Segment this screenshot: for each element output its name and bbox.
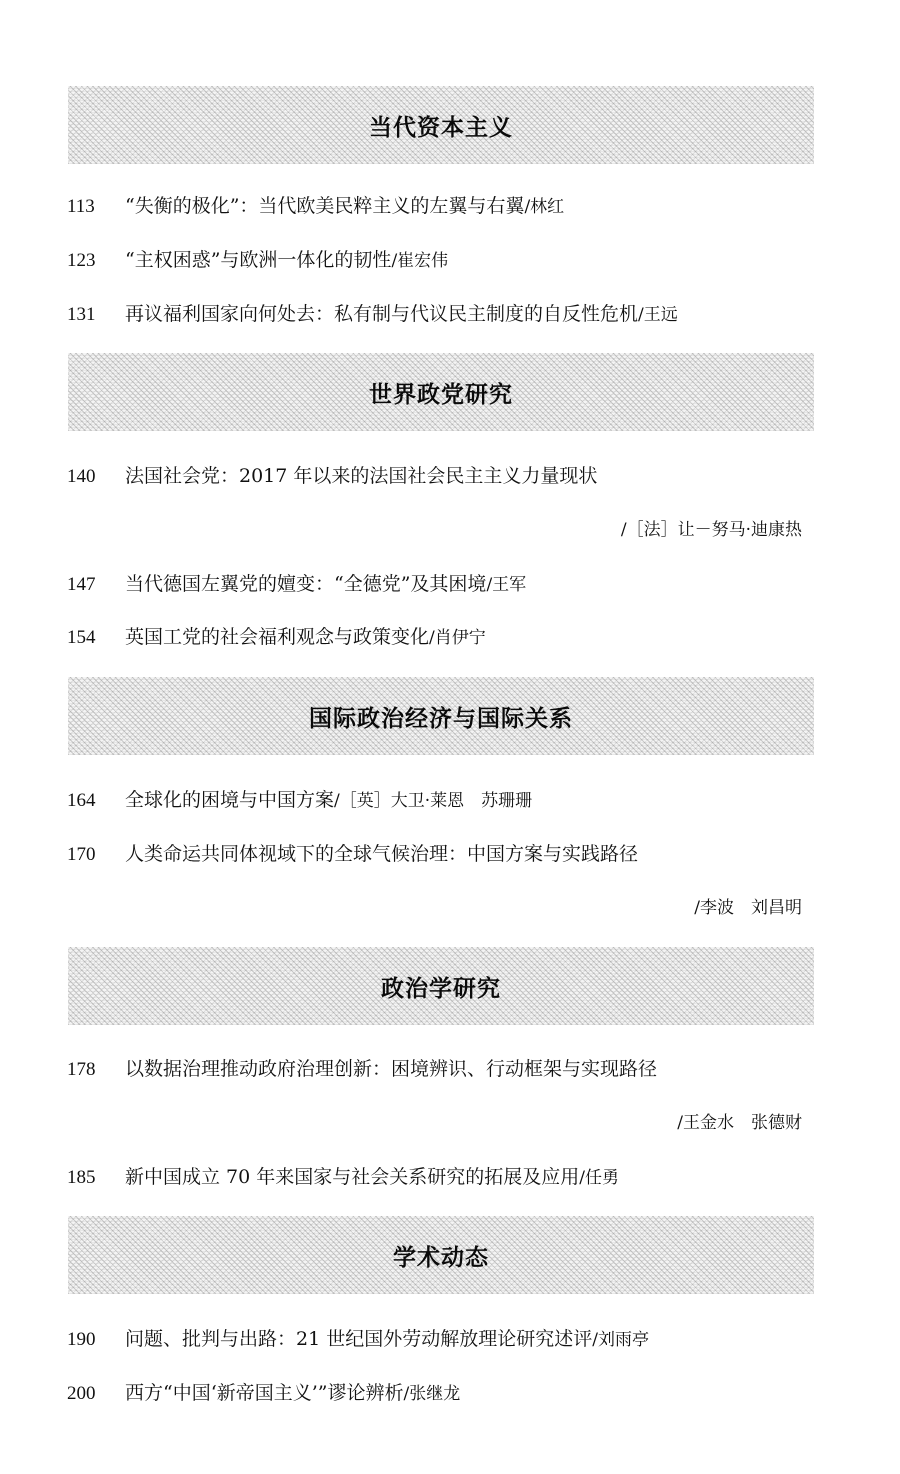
page-number: 190 — [67, 1329, 125, 1351]
section-header-academic-news: 学术动态 — [68, 1216, 814, 1294]
article-author: /张继龙 — [404, 1379, 461, 1404]
article-title: 当代德国左翼党的嬗变：“全德党”及其困境 — [125, 569, 486, 596]
article-title: 英国工党的社会福利观念与政策变化 — [125, 622, 429, 649]
table-of-contents-page: 当代资本主义 113 “失衡的极化”：当代欧美民粹主义的左翼与右翼 /林红 12… — [0, 0, 900, 1474]
article-author: /王远 — [638, 300, 678, 325]
toc-entry[interactable]: 164 全球化的困境与中国方案 /［英］大卫·莱恩 苏珊珊 — [67, 785, 532, 813]
article-title: 西方“中国‘新帝国主义’”谬论辨析 — [125, 1378, 404, 1405]
article-title: 全球化的困境与中国方案 — [125, 785, 334, 812]
toc-entry[interactable]: 131 再议福利国家向何处去：私有制与代议民主制度的自反性危机 /王远 — [67, 299, 678, 327]
section-title: 学术动态 — [393, 1239, 489, 1272]
article-author: /李波 刘昌明 — [694, 893, 802, 921]
toc-entry[interactable]: 147 当代德国左翼党的嬗变：“全德党”及其困境 /王军 — [67, 569, 526, 597]
section-header-world-party-studies: 世界政党研究 — [68, 353, 814, 431]
article-title: 法国社会党：2017 年以来的法国社会民主主义力量现状 — [125, 461, 597, 488]
article-title: 以数据治理推动政府治理创新：困境辨识、行动框架与实现路径 — [125, 1054, 657, 1081]
toc-entry[interactable]: 200 西方“中国‘新帝国主义’”谬论辨析 /张继龙 — [67, 1378, 460, 1406]
toc-entry[interactable]: 185 新中国成立 70 年来国家与社会关系研究的拓展及应用 /任勇 — [67, 1162, 619, 1190]
page-number: 131 — [67, 304, 125, 326]
toc-entry[interactable]: 178 以数据治理推动政府治理创新：困境辨识、行动框架与实现路径 — [67, 1054, 657, 1082]
article-author: /［英］大卫·莱恩 苏珊珊 — [334, 786, 532, 811]
section-header-political-science: 政治学研究 — [68, 947, 814, 1025]
article-author: /林红 — [524, 192, 564, 217]
article-author: /刘雨亭 — [592, 1325, 649, 1350]
article-author: /肖伊宁 — [429, 623, 486, 648]
article-author: /王金水 张德财 — [677, 1108, 802, 1136]
article-title: “失衡的极化”：当代欧美民粹主义的左翼与右翼 — [125, 191, 524, 218]
section-title: 当代资本主义 — [369, 109, 513, 142]
section-header-contemporary-capitalism: 当代资本主义 — [68, 86, 814, 164]
page-number: 178 — [67, 1059, 125, 1081]
article-title: 问题、批判与出路：21 世纪国外劳动解放理论研究述评 — [125, 1324, 592, 1351]
page-number: 147 — [67, 574, 125, 596]
page-number: 140 — [67, 466, 125, 488]
page-number: 185 — [67, 1167, 125, 1189]
toc-entry[interactable]: 140 法国社会党：2017 年以来的法国社会民主主义力量现状 — [67, 461, 597, 489]
article-title: 再议福利国家向何处去：私有制与代议民主制度的自反性危机 — [125, 299, 638, 326]
section-title: 国际政治经济与国际关系 — [309, 700, 573, 733]
article-author: /王军 — [486, 570, 526, 595]
toc-entry[interactable]: 123 “主权困惑”与欧洲一体化的韧性 /崔宏伟 — [67, 245, 448, 273]
page-number: 170 — [67, 844, 125, 866]
section-title: 政治学研究 — [381, 970, 501, 1003]
page-number: 164 — [67, 790, 125, 812]
page-number: 200 — [67, 1383, 125, 1405]
section-header-international-political-economy: 国际政治经济与国际关系 — [68, 677, 814, 755]
toc-entry[interactable]: 170 人类命运共同体视域下的全球气候治理：中国方案与实践路径 — [67, 839, 638, 867]
page-number: 113 — [67, 196, 125, 218]
article-title: 新中国成立 70 年来国家与社会关系研究的拓展及应用 — [125, 1162, 579, 1189]
page-number: 123 — [67, 250, 125, 272]
section-title: 世界政党研究 — [369, 376, 513, 409]
article-author: /［法］让－努马·迪康热 — [621, 515, 802, 543]
article-author: /任勇 — [579, 1163, 619, 1188]
toc-entry[interactable]: 113 “失衡的极化”：当代欧美民粹主义的左翼与右翼 /林红 — [67, 191, 564, 219]
article-title: “主权困惑”与欧洲一体化的韧性 — [125, 245, 391, 272]
page-number: 154 — [67, 627, 125, 649]
article-author: /崔宏伟 — [391, 246, 448, 271]
toc-entry[interactable]: 190 问题、批判与出路：21 世纪国外劳动解放理论研究述评 /刘雨亭 — [67, 1324, 649, 1352]
article-title: 人类命运共同体视域下的全球气候治理：中国方案与实践路径 — [125, 839, 638, 866]
toc-entry[interactable]: 154 英国工党的社会福利观念与政策变化 /肖伊宁 — [67, 622, 486, 650]
